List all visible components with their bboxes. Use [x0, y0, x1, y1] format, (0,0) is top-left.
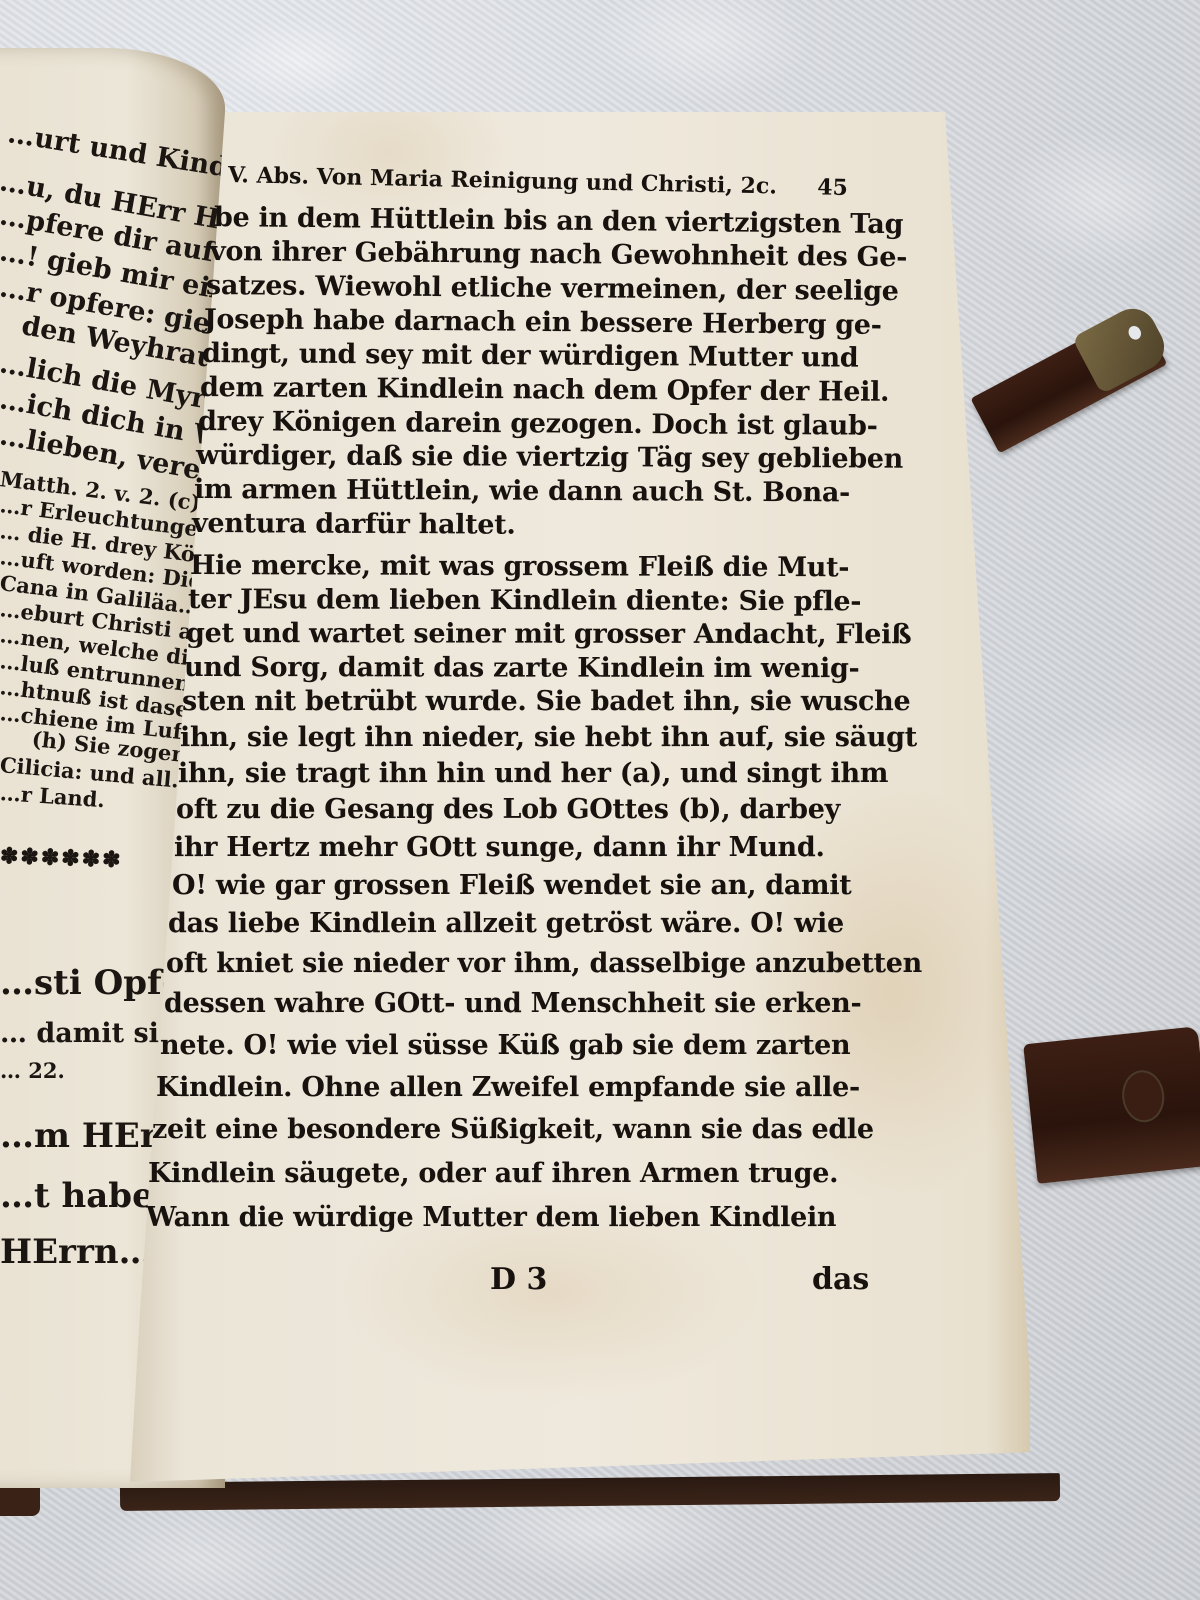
- text-line: Hie mercke, mit was grossem Fleiß die Mu…: [190, 550, 849, 583]
- text-line: oft kniet sie nieder vor ihm, dasselbige…: [166, 948, 922, 979]
- running-head-title: V. Abs. Von Maria Reinigung und Christi,…: [228, 162, 777, 199]
- text-line: get und wartet seiner mit grosser Andach…: [186, 618, 911, 650]
- text-line: nete. O! wie viel süsse Küß gab sie dem …: [160, 1030, 850, 1061]
- text-line: Kindlein. Ohne allen Zweifel empfande si…: [156, 1072, 860, 1103]
- running-head: V. Abs. Von Maria Reinigung und Christi,…: [228, 162, 848, 201]
- text-line: Joseph habe darnach ein bessere Herberg …: [204, 304, 882, 341]
- right-page-text: V. Abs. Von Maria Reinigung und Christi,…: [0, 0, 1200, 1600]
- text-line: oft zu die Gesang des Lob GOttes (b), da…: [176, 794, 840, 825]
- text-line: drey Königen darein gezogen. Doch ist gl…: [198, 406, 878, 442]
- text-line: ihn, sie tragt ihn hin und her (a), und …: [178, 758, 888, 789]
- text-line: von ihrer Gebährung nach Gewohnheit des …: [210, 236, 907, 273]
- text-line: dem zarten Kindlein nach dem Opfer der H…: [200, 372, 889, 408]
- text-line: zeit eine besondere Süßigkeit, wann sie …: [152, 1114, 874, 1145]
- catchword: das: [812, 1262, 869, 1297]
- text-line: dessen wahre GOtt- und Menschheit sie er…: [164, 988, 861, 1019]
- text-line: satzes. Wiewohl etliche vermeinen, der s…: [206, 270, 899, 307]
- text-line: be in dem Hüttlein bis an den viertzigst…: [214, 202, 903, 240]
- text-line: Wann die würdige Mutter dem lieben Kindl…: [146, 1202, 836, 1233]
- text-line: sten nit betrübt wurde. Sie badet ihn, s…: [182, 686, 910, 717]
- text-line: das liebe Kindlein allzeit getröst wäre.…: [168, 908, 844, 939]
- text-line: im armen Hüttlein, wie dann auch St. Bon…: [194, 474, 850, 508]
- text-line: dingt, und sey mit der würdigen Mutter u…: [202, 338, 859, 374]
- page-number: 45: [817, 174, 848, 201]
- text-line: ventura darfür haltet.: [192, 508, 516, 541]
- text-line: ihn, sie legt ihn nieder, sie hebt ihn a…: [180, 722, 917, 753]
- text-line: und Sorg, damit das zarte Kindlein im we…: [184, 652, 860, 684]
- text-line: Kindlein säugete, oder auf ihren Armen t…: [148, 1158, 838, 1189]
- signature-mark: D 3: [490, 1262, 547, 1297]
- text-line: ter JEsu dem lieben Kindlein diente: Sie…: [188, 584, 861, 617]
- text-line: O! wie gar grossen Fleiß wendet sie an, …: [172, 870, 851, 901]
- text-line: würdiger, daß sie die viertzig Täg sey g…: [196, 440, 903, 475]
- text-line: ihr Hertz mehr GOtt sunge, dann ihr Mund…: [174, 832, 825, 863]
